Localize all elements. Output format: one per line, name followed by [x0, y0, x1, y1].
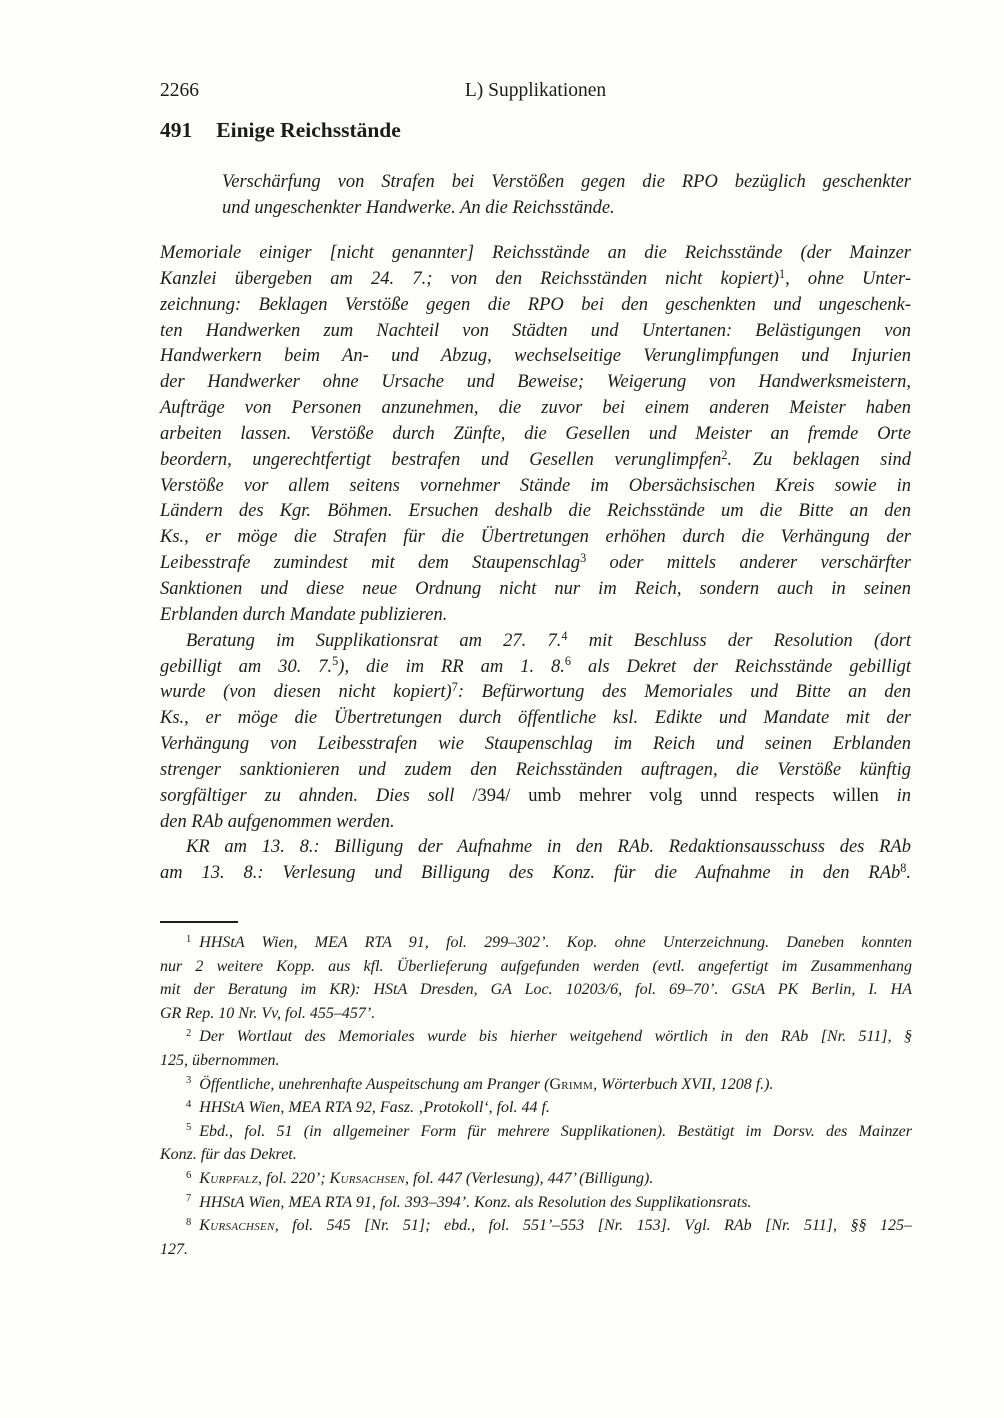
text-segment: Leibesstrafe zumindest mit dem Staupensc…	[160, 553, 580, 573]
footnote-reference: 3	[580, 551, 586, 565]
footnote-line: 1HHStA Wien, MEA RTA 91, fol. 299–302’. …	[160, 931, 912, 955]
text-segment: als Dekret der Reichsstände gebilligt	[571, 657, 911, 677]
footnote-line: 125, übernommen.	[160, 1049, 912, 1073]
text-segment: Konz. für das Dekret.	[160, 1146, 297, 1163]
text-segment: , Wörterbuch XVII, 1208 f.).	[593, 1076, 773, 1093]
body-line: wurde (von diesen nicht kopiert)7: Befür…	[160, 680, 911, 706]
footnotes-block: 1HHStA Wien, MEA RTA 91, fol. 299–302’. …	[160, 931, 912, 1261]
main-text: Memoriale einiger [nicht genannter] Reic…	[160, 241, 911, 887]
body-line: am 13. 8.: Verlesung und Billigung des K…	[160, 861, 911, 887]
footnote-line: 8Kursachsen, fol. 545 [Nr. 51]; ebd., fo…	[160, 1214, 912, 1238]
text-segment: GR Rep. 10 Nr. Vv, fol. 455–457’.	[160, 1005, 375, 1022]
text-segment: HHStA Wien, MEA RTA 91, fol. 393–394’. K…	[199, 1194, 751, 1211]
section-number: 491	[160, 118, 192, 143]
body-line: Aufträge von Personen anzunehmen, die zu…	[160, 396, 911, 422]
footnote-reference: 7	[186, 1193, 191, 1204]
text-segment: Handwerkern beim An- und Abzug, wechsels…	[160, 346, 911, 366]
footnote-reference: 2	[721, 448, 727, 462]
text-segment: sorgfältiger zu ahnden. Dies soll	[160, 786, 472, 806]
text-segment: beordern, ungerechtfertigt bestrafen und…	[160, 450, 721, 470]
body-line: Ks., er möge die Übertretungen durch öff…	[160, 706, 911, 732]
text-segment: KR am 13. 8.: Billigung der Aufnahme in …	[186, 837, 911, 857]
text-segment: Der Wortlaut des Memoriales wurde bis hi…	[199, 1028, 912, 1045]
text-segment: Ks., er möge die Strafen für die Übertre…	[160, 527, 911, 547]
footnote-line: 3Öffentliche, unehrenhafte Auspeitschung…	[160, 1073, 912, 1097]
footnote-reference: 1	[779, 267, 785, 281]
footnote-separator-rule	[160, 921, 238, 923]
text-segment: wurde (von diesen nicht kopiert)	[160, 682, 452, 702]
footnote-reference: 5	[186, 1122, 191, 1133]
text-segment: Aufträge von Personen anzunehmen, die zu…	[160, 398, 911, 418]
footnote-reference: 6	[186, 1170, 191, 1181]
footnote-reference: 6	[565, 654, 571, 668]
text-segment: zeichnung: Beklagen Verstöße gegen die R…	[160, 295, 911, 315]
page-number: 2266	[160, 80, 199, 102]
text-segment: Beratung im Supplikationsrat am 27. 7.	[186, 631, 561, 651]
body-line: Memoriale einiger [nicht genannter] Reic…	[160, 241, 911, 267]
text-segment: ten Handwerken zum Nachteil von Städten …	[160, 321, 911, 341]
body-line: beordern, ungerechtfertigt bestrafen und…	[160, 448, 911, 474]
running-title: L) Supplikationen	[160, 80, 911, 102]
text-segment: nur 2 weitere Kopp. aus kfl. Überlieferu…	[160, 958, 912, 975]
text-segment: , fol. 545 [Nr. 51]; ebd., fol. 551’–553…	[275, 1217, 912, 1234]
body-line: Verhängung von Leibesstrafen wie Staupen…	[160, 732, 911, 758]
text-segment: gebilligt am 30. 7.	[160, 657, 332, 677]
text-segment: arbeiten lassen. Verstöße durch Zünfte, …	[160, 424, 911, 444]
running-header: 2266 L) Supplikationen	[160, 80, 911, 102]
body-line: Verstöße vor allem seitens vornehmer Stä…	[160, 474, 911, 500]
text-segment: .	[906, 863, 911, 883]
text-segment: , fol. 220’;	[258, 1170, 330, 1187]
text-segment: mit Beschluss der Resolution (dort	[567, 631, 911, 651]
text-segment: der Handwerker ohne Ursache und Beweise;…	[160, 372, 911, 392]
text-segment: Ebd., fol. 51 (in allgemeiner Form für m…	[199, 1123, 912, 1140]
footnote-line: 5Ebd., fol. 51 (in allgemeiner Form für …	[160, 1120, 912, 1144]
body-line: Ks., er möge die Strafen für die Übertre…	[160, 525, 911, 551]
text-segment: Kursachsen	[199, 1217, 274, 1234]
text-segment: Ks., er möge die Übertretungen durch öff…	[160, 708, 911, 728]
body-line: Handwerkern beim An- und Abzug, wechsels…	[160, 344, 911, 370]
text-segment: Verhängung von Leibesstrafen wie Staupen…	[160, 734, 911, 754]
text-segment: ), die im RR am 1. 8.	[338, 657, 565, 677]
footnote-reference: 5	[332, 654, 338, 668]
text-segment: . Zu beklagen sind	[727, 450, 911, 470]
text-segment: : Befürwortung des Memoriales und Bitte …	[458, 682, 911, 702]
body-line: den RAb aufgenommen werden.	[160, 810, 911, 836]
text-segment: strenger sanktionieren und zudem den Rei…	[160, 760, 911, 780]
footnote-line: 6Kurpfalz, fol. 220’; Kursachsen, fol. 4…	[160, 1167, 912, 1191]
footnote-reference: 1	[186, 934, 191, 945]
body-line: der Handwerker ohne Ursache und Beweise;…	[160, 370, 911, 396]
abstract-line: und ungeschenkter Handwerke. An die Reic…	[222, 195, 911, 221]
text-segment: oder mittels anderer verschärfter	[586, 553, 911, 573]
footnote-line: mit der Beratung im KR): HStA Dresden, G…	[160, 978, 912, 1002]
text-segment: am 13. 8.: Verlesung und Billigung des K…	[160, 863, 900, 883]
footnote-line: 7HHStA Wien, MEA RTA 91, fol. 393–394’. …	[160, 1191, 912, 1215]
abstract-regest: Verschärfung von Strafen bei Verstößen g…	[222, 169, 911, 221]
body-line: gebilligt am 30. 7.5), die im RR am 1. 8…	[160, 655, 911, 681]
text-segment: Kursachsen	[330, 1170, 405, 1187]
text-segment: HHStA Wien, MEA RTA 92, Fasz. ‚Protokoll…	[199, 1099, 550, 1116]
text-segment: in	[897, 786, 911, 806]
footnote-line: Konz. für das Dekret.	[160, 1143, 912, 1167]
footnote-reference: 2	[186, 1028, 191, 1039]
footnote-reference: 4	[186, 1099, 191, 1110]
text-segment: Sanktionen und diese neue Ordnung nicht …	[160, 579, 911, 599]
text-segment: HHStA Wien, MEA RTA 91, fol. 299–302’. K…	[199, 934, 912, 951]
text-segment: und ungeschenkter Handwerke. An die Reic…	[222, 198, 615, 218]
footnote-line: 127.	[160, 1238, 912, 1262]
body-line: Sanktionen und diese neue Ordnung nicht …	[160, 577, 911, 603]
footnote-reference: 8	[186, 1217, 191, 1228]
section-title: Einige Reichsstände	[216, 118, 401, 142]
footnote-reference: 3	[186, 1075, 191, 1086]
text-segment: 127.	[160, 1241, 188, 1258]
footnote-reference: 4	[561, 629, 567, 643]
body-line: Ländern des Kgr. Böhmen. Ersuchen deshal…	[160, 499, 911, 525]
body-line: KR am 13. 8.: Billigung der Aufnahme in …	[160, 835, 911, 861]
text-segment: mit der Beratung im KR): HStA Dresden, G…	[160, 981, 912, 998]
body-line: Beratung im Supplikationsrat am 27. 7.4 …	[160, 629, 911, 655]
body-line: Kanzlei übergeben am 24. 7.; von den Rei…	[160, 267, 911, 293]
text-segment: Verschärfung von Strafen bei Verstößen g…	[222, 172, 911, 192]
footnote-line: 4HHStA Wien, MEA RTA 92, Fasz. ‚Protokol…	[160, 1096, 912, 1120]
footnote-line: GR Rep. 10 Nr. Vv, fol. 455–457’.	[160, 1002, 912, 1026]
text-segment: Ländern des Kgr. Böhmen. Ersuchen deshal…	[160, 501, 911, 521]
body-line: zeichnung: Beklagen Verstöße gegen die R…	[160, 293, 911, 319]
text-segment: Öffentliche, unehrenhafte Auspeitschung …	[199, 1076, 549, 1093]
text-segment: Kanzlei übergeben am 24. 7.; von den Rei…	[160, 269, 779, 289]
footnote-reference: 8	[900, 861, 906, 875]
text-segment: Grimm	[549, 1076, 593, 1093]
text-segment: , fol. 447 (Verlesung), 447’ (Billigung)…	[405, 1170, 653, 1187]
body-line: ten Handwerken zum Nachteil von Städten …	[160, 319, 911, 345]
body-line: arbeiten lassen. Verstöße durch Zünfte, …	[160, 422, 911, 448]
text-segment: , ohne Unter-	[785, 269, 911, 289]
footnote-line: nur 2 weitere Kopp. aus kfl. Überlieferu…	[160, 955, 912, 979]
body-line: sorgfältiger zu ahnden. Dies soll /394/ …	[160, 784, 911, 810]
abstract-line: Verschärfung von Strafen bei Verstößen g…	[222, 169, 911, 195]
body-line: Erblanden durch Mandate publizieren.	[160, 603, 911, 629]
body-line: strenger sanktionieren und zudem den Rei…	[160, 758, 911, 784]
body-line: Leibesstrafe zumindest mit dem Staupensc…	[160, 551, 911, 577]
text-segment: Verstöße vor allem seitens vornehmer Stä…	[160, 476, 911, 496]
text-segment: 125, übernommen.	[160, 1052, 280, 1069]
text-segment: /394/ umb mehrer volg unnd respects will…	[472, 786, 896, 806]
text-segment: Kurpfalz	[199, 1170, 258, 1187]
section-heading: 491Einige Reichsstände	[160, 118, 911, 143]
text-segment: Memoriale einiger [nicht genannter] Reic…	[160, 243, 911, 263]
footnote-line: 2Der Wortlaut des Memoriales wurde bis h…	[160, 1025, 912, 1049]
text-segment: Erblanden durch Mandate publizieren.	[160, 605, 447, 625]
text-segment: den RAb aufgenommen werden.	[160, 812, 395, 832]
footnote-reference: 7	[452, 680, 458, 694]
book-page: 2266 L) Supplikationen 491Einige Reichss…	[0, 0, 1004, 1418]
